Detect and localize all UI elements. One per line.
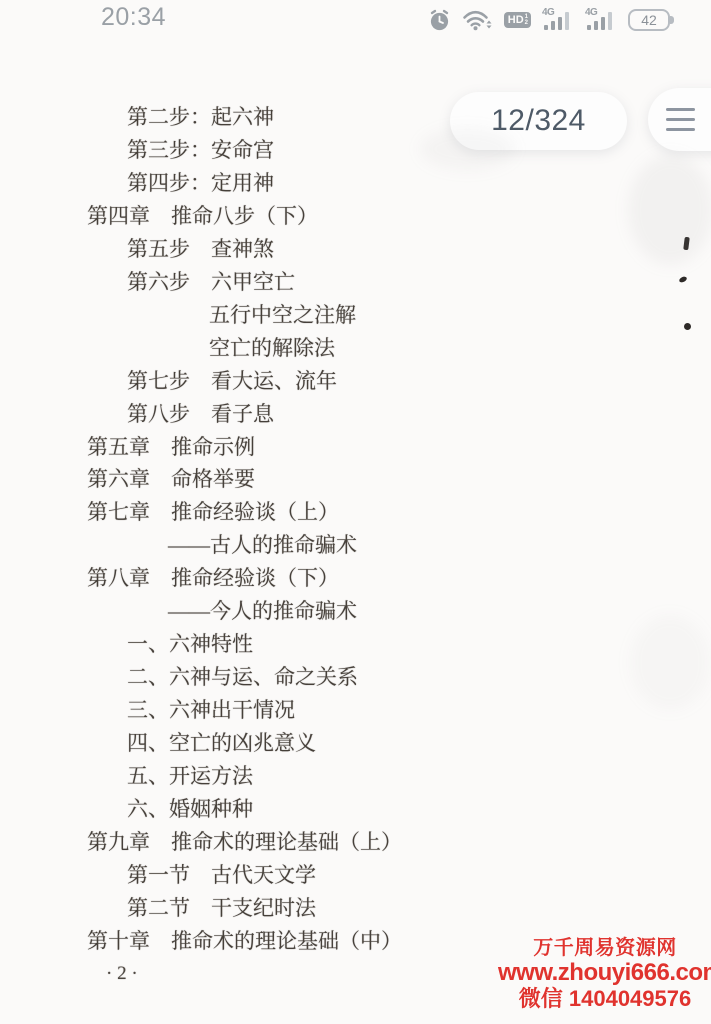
toc-line: 第二节 干支纪时法 bbox=[0, 892, 711, 925]
scan-speck bbox=[684, 323, 691, 330]
scan-smudge bbox=[420, 128, 515, 170]
battery-icon: 42 bbox=[628, 9, 670, 31]
toc-line: 五行中空之注解 bbox=[0, 299, 711, 332]
watermark-site-name: 万千周易资源网 bbox=[498, 936, 711, 960]
sim2-network-label: 4G bbox=[585, 8, 597, 18]
status-bar: 20:34 HD 12 bbox=[0, 0, 711, 40]
toc-line: 第六步 六甲空亡 bbox=[0, 266, 711, 299]
battery-percent: 42 bbox=[641, 12, 657, 28]
signal-4g-sim2-icon: 4G bbox=[585, 8, 617, 32]
toc-line: 四、空亡的凶兆意义 bbox=[0, 727, 711, 760]
hd-volte-icon: HD 12 bbox=[504, 12, 531, 28]
toc-line: 第八步 看子息 bbox=[0, 398, 711, 431]
table-of-contents: 第二步：起六神 第三步：安命宫 第四步：定用神 第四章 推命八步（下） 第五步 … bbox=[0, 101, 711, 991]
status-icons: HD 12 4G 4G 42 bbox=[428, 0, 670, 40]
toc-line: 一、六神特性 bbox=[0, 628, 711, 661]
toc-line: 六、婚姻种种 bbox=[0, 793, 711, 826]
toc-line: 第八章 推命经验谈（下） bbox=[0, 562, 711, 595]
toc-line: 第九章 推命术的理论基础（上） bbox=[0, 826, 711, 859]
alarm-clock-icon bbox=[428, 9, 451, 32]
toc-line: 第二步：起六神 bbox=[0, 101, 711, 134]
scan-smudge bbox=[628, 155, 711, 265]
toc-line: 第六章 命格举要 bbox=[0, 463, 711, 496]
toc-line: 第五步 查神煞 bbox=[0, 233, 711, 266]
sim1-network-label: 4G bbox=[542, 8, 554, 18]
scan-smudge bbox=[630, 615, 710, 710]
toc-line: 空亡的解除法 bbox=[0, 332, 711, 365]
toc-line: 第五章 推命示例 bbox=[0, 431, 711, 464]
toc-line: 第七章 推命经验谈（上） bbox=[0, 496, 711, 529]
toc-line: 三、六神出干情况 bbox=[0, 694, 711, 727]
watermark-wechat: 微信 1404049576 bbox=[498, 986, 711, 1011]
hd-sim-indicator: 12 bbox=[525, 14, 528, 26]
toc-line: 第三步：安命宫 bbox=[0, 134, 711, 167]
signal-4g-sim1-icon: 4G bbox=[542, 8, 574, 32]
watermark: 万千周易资源网 www.zhouyi666.com 微信 1404049576 bbox=[498, 936, 711, 1011]
toc-line: ——古人的推命骗术 bbox=[0, 529, 711, 562]
toc-line: 五、开运方法 bbox=[0, 760, 711, 793]
toc-line: 第四步：定用神 bbox=[0, 167, 711, 200]
wifi-icon bbox=[462, 9, 493, 32]
watermark-url: www.zhouyi666.com bbox=[498, 960, 711, 986]
clock-time: 20:34 bbox=[101, 3, 166, 32]
toc-line: ——今人的推命骗术 bbox=[0, 595, 711, 628]
toc-line: 第四章 推命八步（下） bbox=[0, 200, 711, 233]
hd-label: HD bbox=[508, 14, 524, 26]
toc-line: 第一节 古代天文学 bbox=[0, 859, 711, 892]
toc-line: 第七步 看大运、流年 bbox=[0, 365, 711, 398]
toc-line: 二、六神与运、命之关系 bbox=[0, 661, 711, 694]
